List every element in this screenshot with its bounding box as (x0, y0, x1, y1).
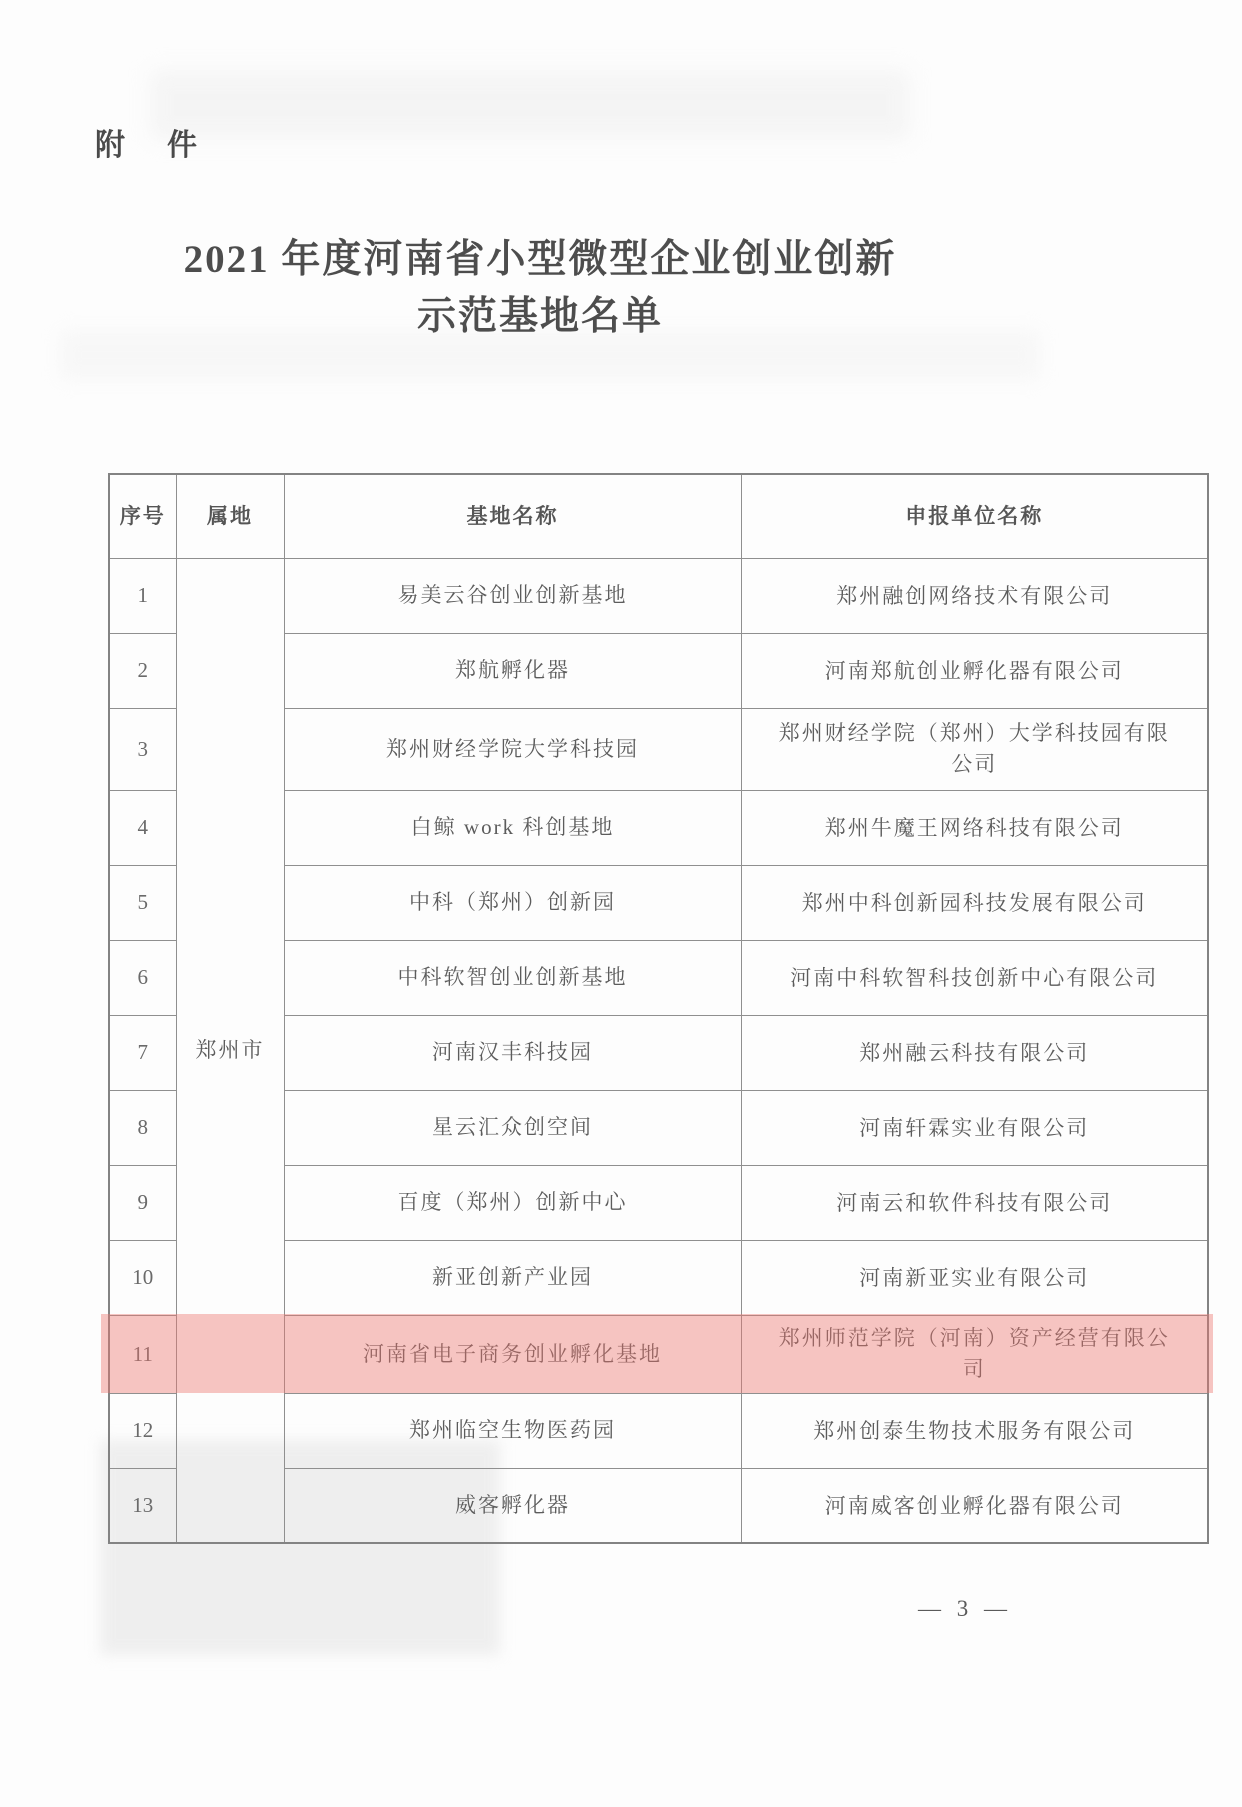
company-name: 河南新亚实业有限公司 (741, 1240, 1208, 1315)
company-name-text: 郑州师范学院（河南）资产经营有限公司 (770, 1323, 1178, 1385)
row-number: 5 (109, 865, 176, 940)
row-number: 13 (109, 1468, 176, 1543)
row-number: 4 (109, 790, 176, 865)
base-name: 郑航孵化器 (284, 633, 741, 708)
company-name: 郑州牛魔王网络科技有限公司 (741, 790, 1208, 865)
company-name: 郑州师范学院（河南）资产经营有限公司 (741, 1315, 1208, 1393)
company-name-text: 郑州中科创新园科技发展有限公司 (802, 888, 1147, 919)
company-name: 郑州中科创新园科技发展有限公司 (741, 865, 1208, 940)
company-name-text: 郑州财经学院（郑州）大学科技园有限公司 (770, 718, 1178, 780)
company-name: 河南郑航创业孵化器有限公司 (741, 633, 1208, 708)
column-header-base-name: 基地名称 (284, 474, 741, 558)
column-header-no: 序号 (109, 474, 176, 558)
company-name-text: 郑州牛魔王网络科技有限公司 (825, 813, 1124, 844)
row-number: 11 (109, 1315, 176, 1393)
company-name-text: 河南郑航创业孵化器有限公司 (825, 656, 1124, 687)
demonstration-base-table: 序号 属地 基地名称 申报单位名称 1 郑州市 易美云谷创业创新基地 郑州融创网… (108, 473, 1209, 1544)
document-page: 附 件 2021 年度河南省小型微型企业创业创新 示范基地名单 序号 属地 基地… (0, 0, 1242, 1807)
company-name: 河南云和软件科技有限公司 (741, 1165, 1208, 1240)
company-name-text: 郑州融创网络技术有限公司 (836, 581, 1112, 612)
base-name: 百度（郑州）创新中心 (284, 1165, 741, 1240)
row-number: 2 (109, 633, 176, 708)
company-name-text: 河南云和软件科技有限公司 (836, 1188, 1112, 1219)
row-number: 10 (109, 1240, 176, 1315)
base-name: 河南省电子商务创业孵化基地 (284, 1315, 741, 1393)
base-name: 星云汇众创空间 (284, 1090, 741, 1165)
region-cell: 郑州市 (176, 558, 284, 1543)
company-name: 郑州财经学院（郑州）大学科技园有限公司 (741, 708, 1208, 790)
company-name: 河南轩霖实业有限公司 (741, 1090, 1208, 1165)
base-name: 新亚创新产业园 (284, 1240, 741, 1315)
base-name: 中科（郑州）创新园 (284, 865, 741, 940)
attachment-label: 附 件 (95, 120, 203, 164)
row-number: 3 (109, 708, 176, 790)
base-name: 易美云谷创业创新基地 (284, 558, 741, 633)
base-name: 中科软智创业创新基地 (284, 940, 741, 1015)
company-name-text: 河南新亚实业有限公司 (859, 1263, 1089, 1294)
base-name: 威客孵化器 (284, 1468, 741, 1543)
company-name: 河南中科软智科技创新中心有限公司 (741, 940, 1208, 1015)
company-name-text: 郑州融云科技有限公司 (859, 1038, 1089, 1069)
title-line-2: 示范基地名单 (0, 288, 1080, 345)
document-title: 2021 年度河南省小型微型企业创业创新 示范基地名单 (0, 231, 1080, 345)
company-name: 郑州融创网络技术有限公司 (741, 558, 1208, 633)
row-number: 12 (109, 1393, 176, 1468)
row-number: 6 (109, 940, 176, 1015)
base-name: 河南汉丰科技园 (284, 1015, 741, 1090)
base-name: 白鲸 work 科创基地 (284, 790, 741, 865)
base-name: 郑州临空生物医药园 (284, 1393, 741, 1468)
company-name: 郑州创泰生物技术服务有限公司 (741, 1393, 1208, 1468)
base-list-table: 序号 属地 基地名称 申报单位名称 1 郑州市 易美云谷创业创新基地 郑州融创网… (108, 473, 1207, 1544)
scan-artifact (150, 70, 910, 140)
company-name-text: 郑州创泰生物技术服务有限公司 (813, 1416, 1135, 1447)
company-name: 河南威客创业孵化器有限公司 (741, 1468, 1208, 1543)
row-number: 8 (109, 1090, 176, 1165)
base-name: 郑州财经学院大学科技园 (284, 708, 741, 790)
company-name: 郑州融云科技有限公司 (741, 1015, 1208, 1090)
company-name-text: 河南威客创业孵化器有限公司 (825, 1491, 1124, 1522)
row-number: 1 (109, 558, 176, 633)
company-name-text: 河南轩霖实业有限公司 (859, 1113, 1089, 1144)
company-name-text: 河南中科软智科技创新中心有限公司 (790, 963, 1158, 994)
title-line-1: 2021 年度河南省小型微型企业创业创新 (0, 231, 1080, 288)
column-header-region: 属地 (176, 474, 284, 558)
page-number: — 3 — (850, 1596, 1080, 1622)
column-header-company-name: 申报单位名称 (741, 474, 1208, 558)
row-number: 9 (109, 1165, 176, 1240)
table-row: 1 郑州市 易美云谷创业创新基地 郑州融创网络技术有限公司 (109, 558, 1208, 633)
row-number: 7 (109, 1015, 176, 1090)
header-row: 序号 属地 基地名称 申报单位名称 (109, 474, 1208, 558)
